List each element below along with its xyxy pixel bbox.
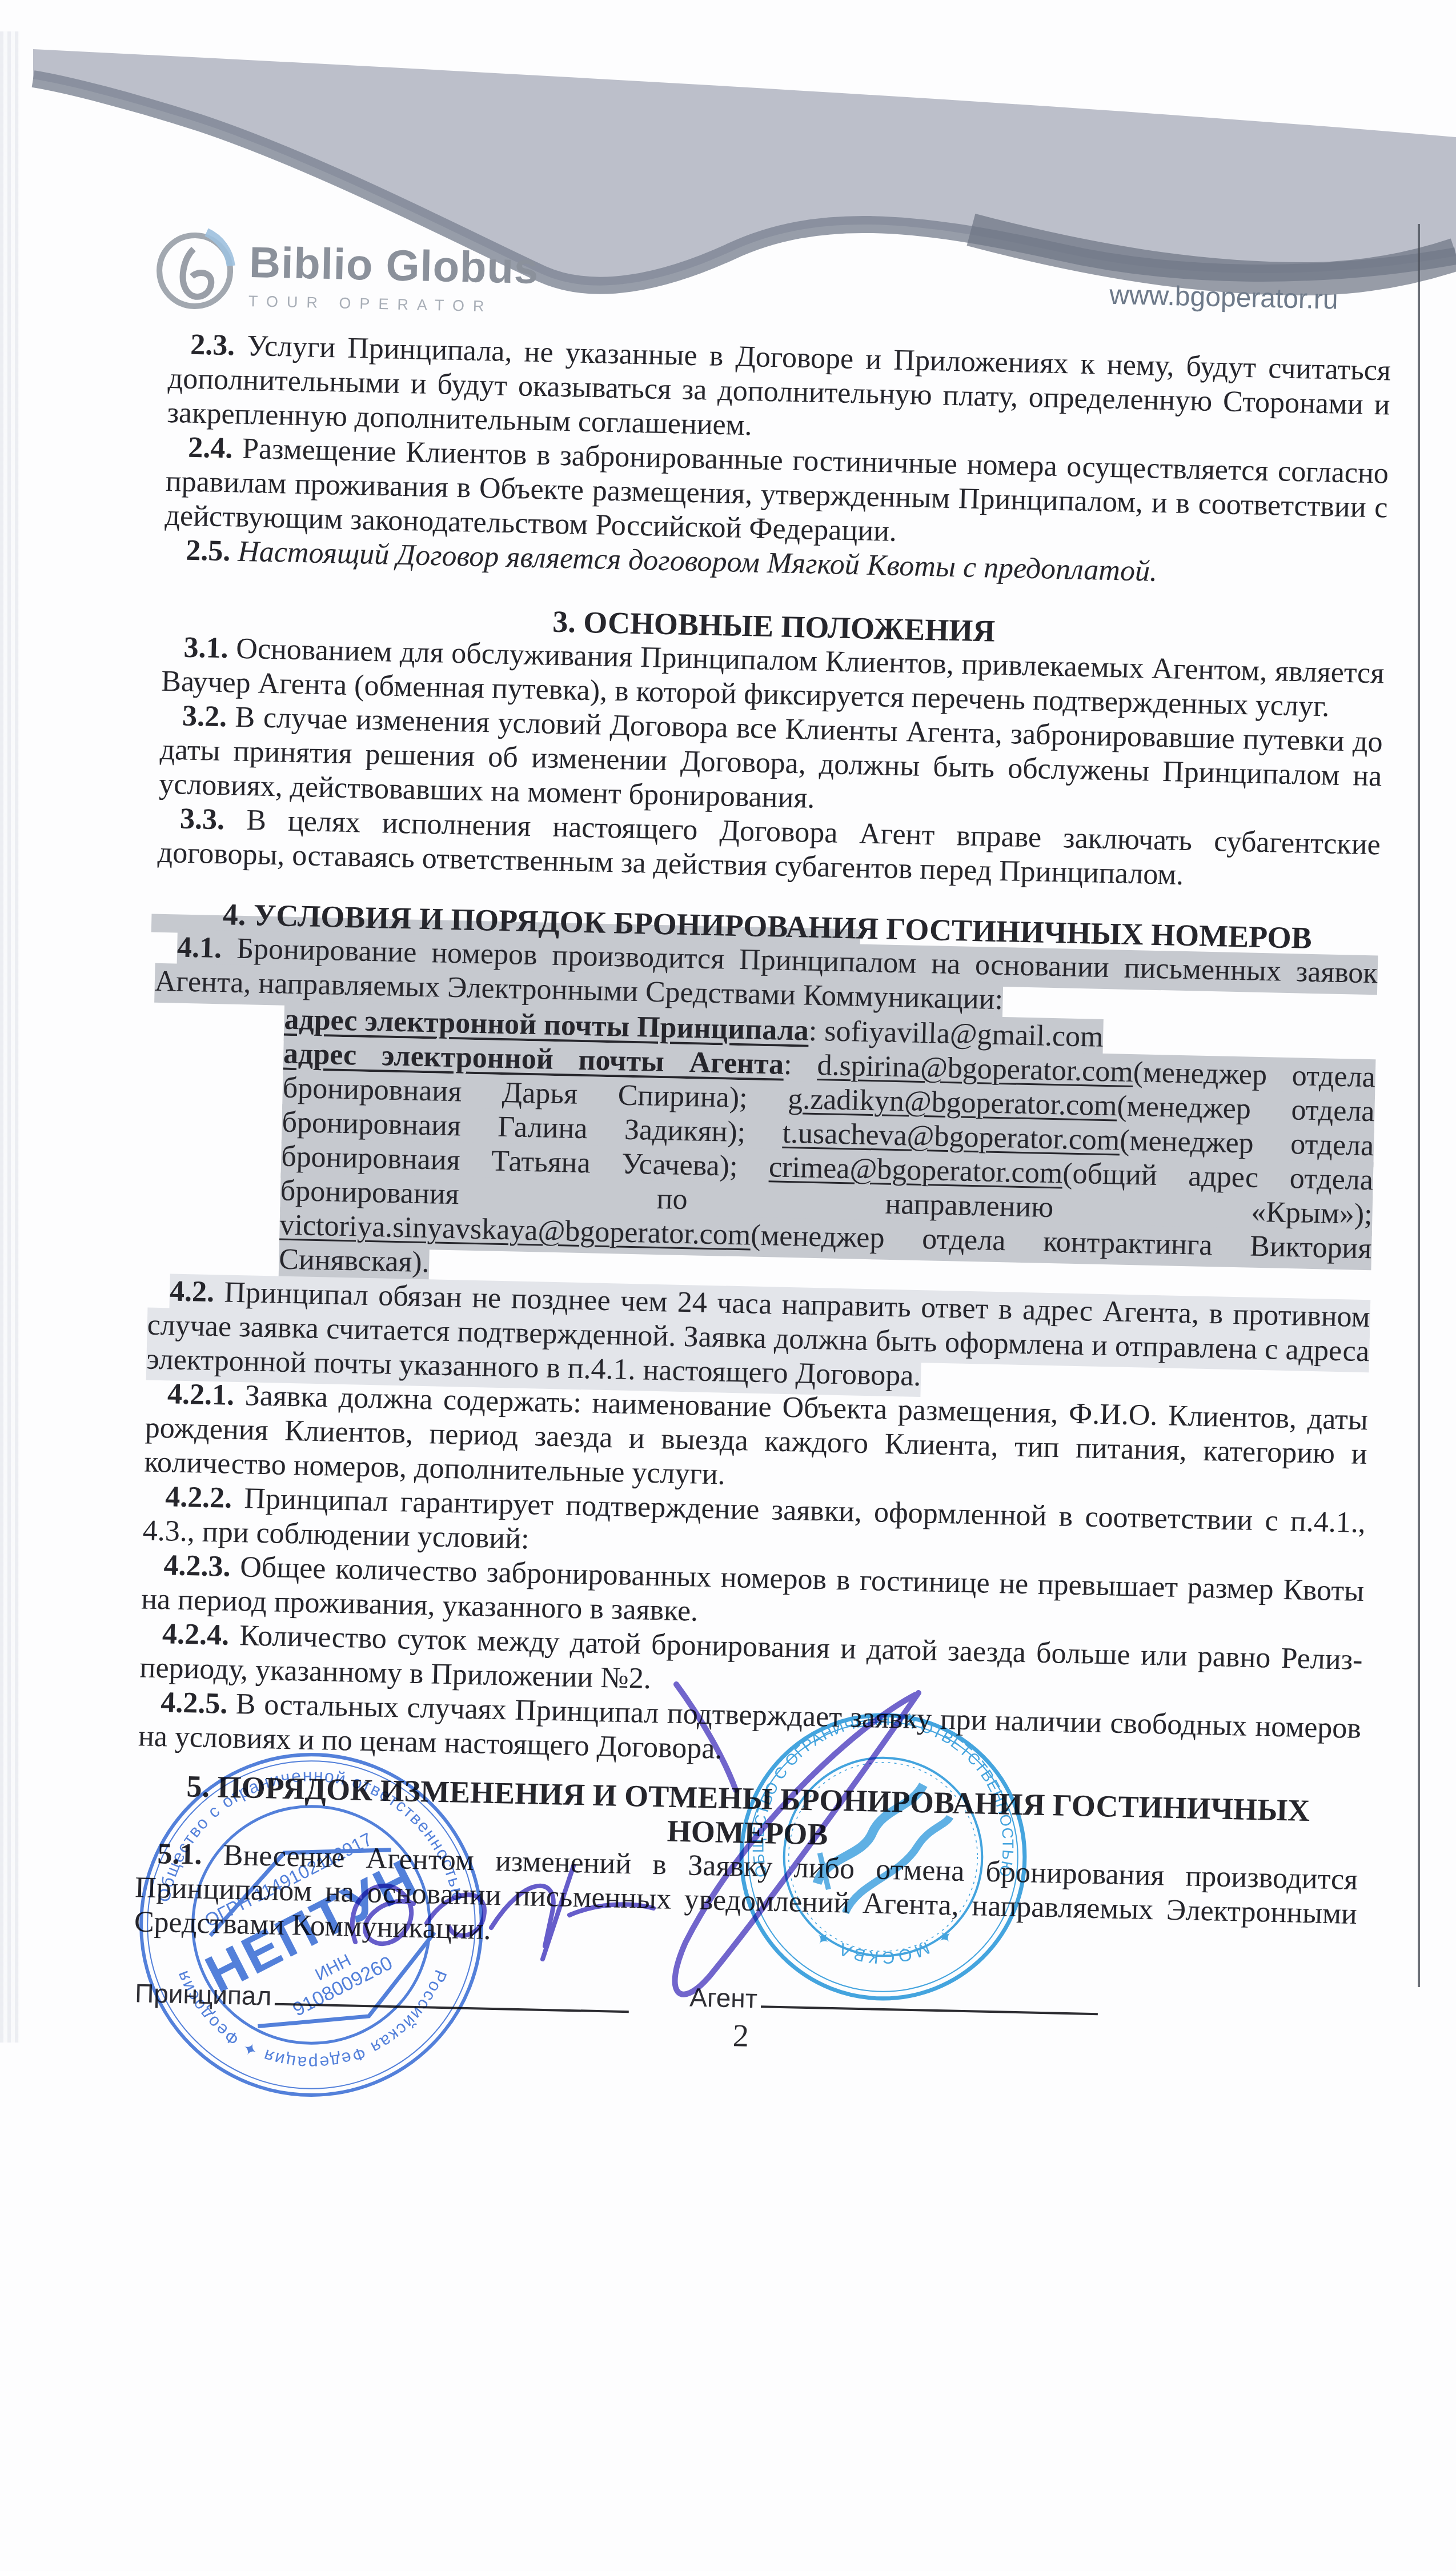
globe-logo-icon: [152, 223, 239, 315]
clause-number: 4.2.1.: [167, 1377, 235, 1412]
agent-email-address: crimea@bgoperator.com: [768, 1151, 1062, 1190]
agent-email-address: g.zadikyn@bgoperator.com: [788, 1083, 1118, 1123]
agent-email-address: d.spirina@bgoperator.com: [817, 1049, 1133, 1088]
clause-number: 3.2.: [182, 700, 227, 734]
agent-ink-signature: [621, 1667, 976, 2044]
brand-name: Biblio Globus: [249, 241, 540, 291]
page-border-line: [1418, 224, 1420, 1987]
scanned-contract-page: { "header": { "brand": "Biblio Globus", …: [0, 0, 1456, 2571]
logo-text: Biblio Globus TOUR OPERATOR: [248, 225, 540, 317]
principal-email-address: sofiyavilla@gmail.com: [824, 1015, 1104, 1054]
brand-tagline: TOUR OPERATOR: [248, 293, 539, 317]
agent-email-address: t.usacheva@bgoperator.com: [782, 1117, 1120, 1157]
clause-number: 2.4.: [188, 431, 233, 465]
colon: :: [808, 1015, 825, 1048]
clause-number: 4.2.4.: [162, 1617, 229, 1652]
clause-number: 4.2.3.: [163, 1549, 231, 1583]
clause-number: 2.3.: [190, 329, 235, 362]
clause-number: 2.5.: [186, 534, 231, 568]
email-addresses-block: адрес электронной почты Принципала: sofi…: [149, 1000, 1377, 1301]
clause-number: 4.1.: [177, 931, 222, 965]
colon: :: [784, 1048, 818, 1082]
clause-number: 4.2.: [169, 1275, 214, 1308]
clause-number: 4.2.2.: [165, 1480, 232, 1515]
clause-number: 4.2.5.: [161, 1686, 228, 1720]
agent-email-line: адрес электронной почты Агента: d.spirin…: [279, 1037, 1376, 1301]
clause-number: 3.1.: [183, 631, 228, 665]
highlighted-text: адрес электронной почты Агента: d.spirin…: [279, 1036, 1376, 1284]
biblio-globus-logo: Biblio Globus TOUR OPERATOR: [152, 223, 539, 322]
clause-number: 3.3.: [180, 803, 225, 836]
clause-text: Услуги Принципала, не указанные в Догово…: [167, 330, 1391, 442]
website-url: www.bgoperator.ru: [1109, 279, 1338, 316]
